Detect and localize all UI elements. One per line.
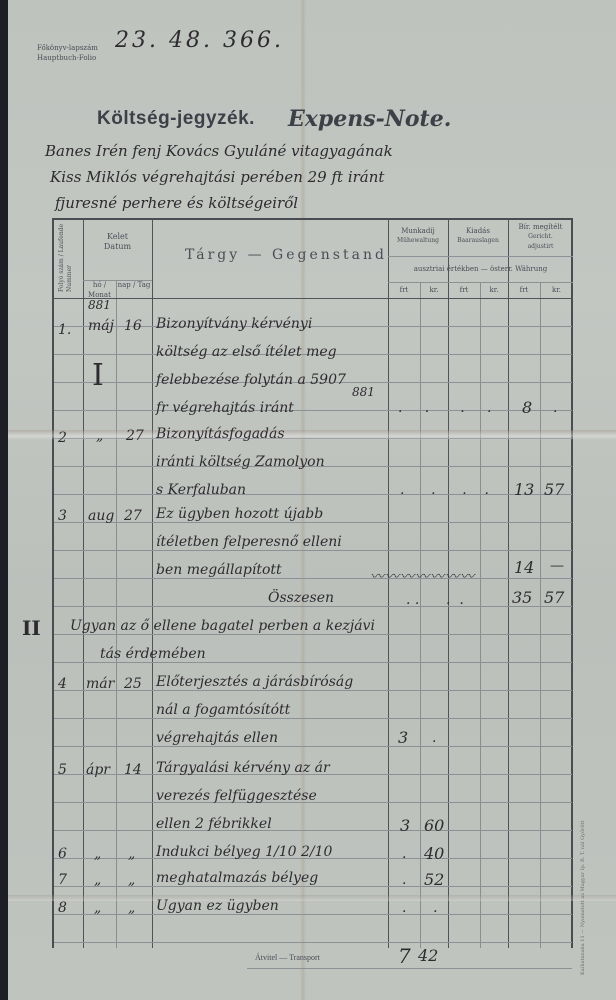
row-3-day: 27: [124, 508, 142, 524]
transport-frt: 7: [398, 944, 411, 968]
row-1-line-1: Bizonyítvány kérvényi: [156, 316, 312, 332]
ruled-line: [54, 494, 572, 495]
row-7-month: „: [94, 872, 101, 888]
row-1-court-frt: 8: [522, 398, 532, 417]
row-4-labor-frt: 3: [398, 728, 408, 747]
row-6-month: „: [94, 846, 101, 862]
col-header-frt: frt: [448, 285, 480, 295]
row-5-line-1: Tárgyalási kérvény az ár: [156, 760, 330, 776]
col-header-labor-hu: Munkadíj: [388, 226, 448, 236]
col-header-date-hu: Kelet: [83, 232, 152, 242]
dot-leader: . . . .: [406, 592, 464, 608]
row-1-line-2: költség az első ítélet meg: [156, 344, 337, 360]
row-2-court-kr: 57: [544, 480, 564, 499]
col-header-date: Kelet Datum: [83, 232, 152, 252]
row-7-day: „: [128, 872, 135, 888]
col-header-labor-de: Mühewaltung: [388, 236, 448, 246]
row-8-month: „: [94, 900, 101, 916]
row-3-court-kr: —: [550, 558, 564, 574]
col-divider: [152, 218, 153, 948]
col-divider: [116, 280, 117, 948]
row-1-line-4: fr végrehajtás iránt: [156, 400, 294, 416]
row-8-line-1: Ugyan ez ügyben: [156, 898, 279, 914]
col-header-expense-de: Baarauslagen: [448, 236, 508, 246]
row-4-month: már: [86, 676, 114, 692]
row-5-day: 14: [124, 762, 142, 778]
col-header-kr: kr.: [480, 285, 508, 295]
dot: .: [402, 846, 406, 862]
subtotal-court-frt: 35: [512, 588, 532, 607]
row-6-number: 6: [58, 846, 67, 862]
folio-label: Főkönyv-lapszám Hauptbuch-Folio: [37, 43, 98, 63]
ruled-line: [54, 578, 572, 579]
col-header-frt: frt: [388, 285, 420, 295]
transport-kr: 42: [418, 946, 438, 965]
ruled-line: [54, 662, 572, 663]
row-4-day: 25: [124, 676, 142, 692]
row-6-line-1: Indukci bélyeg 1/10 2/10: [156, 844, 332, 860]
ruled-line: [54, 606, 572, 607]
col-header-day: nap / Tag: [116, 280, 152, 290]
ruled-line: [54, 550, 572, 551]
row-4-line-2: nál a fogamtósítótt: [156, 702, 290, 718]
dot: . .: [402, 900, 438, 916]
header-divider: [388, 256, 573, 257]
row-2-number: 2: [58, 430, 67, 446]
dot-leader: . . . .: [400, 482, 489, 498]
row-7-number: 7: [58, 872, 67, 888]
row-3-line-2: ítéletben felperesnő elleni: [156, 534, 342, 550]
folio-value: 23. 48. 366.: [115, 28, 284, 53]
row-5-number: 5: [58, 762, 67, 778]
folio-label-de: Hauptbuch-Folio: [37, 53, 98, 63]
row-6-labor-kr: 40: [424, 844, 444, 863]
subtotal-court-kr: 57: [544, 588, 564, 607]
dot: .: [432, 730, 436, 746]
col-header-kr: kr.: [540, 285, 573, 295]
row-1-line-3: felebbezése folytán a 5907: [156, 372, 346, 388]
ruled-line: [54, 942, 572, 943]
row-1-number: 1.: [58, 322, 71, 338]
col-header-date-de: Datum: [83, 242, 152, 252]
section-2-line-2: tás érdemében: [100, 646, 206, 662]
row-4-number: 4: [58, 676, 67, 692]
col-header-expense-hu: Kiadás: [448, 226, 508, 236]
photo-edge: [0, 0, 8, 1000]
row-2-month: „: [96, 428, 103, 444]
row-2-court-frt: 13: [514, 480, 534, 499]
row-3-line-3: ben megállapított: [156, 562, 282, 578]
subtotal-label: Összesen: [268, 590, 334, 606]
col-header-court-de: Gericht. adjustirt: [521, 232, 561, 252]
description-line-3: fjuresné perhere és költségeiről: [55, 194, 298, 212]
dot-leader: . . . .: [398, 400, 491, 416]
col-header-currency: ausztriai értékben — österr. Währung: [388, 264, 573, 274]
section-2-line-1: Ugyan az ő ellene bagatel perben a kezjá…: [70, 618, 375, 634]
col-header-labor: Munkadíj Mühewaltung: [388, 226, 448, 246]
title-german: Expens-Note.: [288, 106, 451, 132]
row-8-day: „: [128, 900, 135, 916]
row-1-month: máj: [88, 318, 114, 334]
col-header-expense: Kiadás Baarauslagen: [448, 226, 508, 246]
row-3-month: aug: [88, 508, 114, 524]
row-1-section-mark: I: [92, 358, 104, 393]
row-8-number: 8: [58, 900, 67, 916]
row-4-line-3: végrehajtás ellen: [156, 730, 278, 746]
col-header-court: Bír. megítélt Gericht. adjustirt: [508, 222, 573, 252]
row-5-line-3: ellen 2 fébrikkel: [156, 816, 272, 832]
row-2-line-3: s Kerfaluban: [156, 482, 246, 498]
description-line-1: Banes Irén fenj Kovács Gyuláné vitagyagá…: [45, 142, 393, 160]
row-5-month: ápr: [86, 762, 110, 778]
col-header-row-number: Folyó szám / Laufende Nummer: [58, 222, 74, 292]
col-divider: [83, 218, 84, 948]
row-5-labor-frt: 3: [400, 816, 410, 835]
transport-rule: [247, 968, 572, 969]
ruled-line: [54, 718, 572, 719]
col-divider: [508, 218, 509, 948]
ruled-line: [54, 410, 572, 411]
col-header-subject: Tárgy — Gegenstand: [185, 247, 387, 263]
wavy-leader: 〰〰〰〰〰〰〰: [370, 566, 475, 586]
row-4-line-1: Előterjesztés a járásbíróság: [156, 674, 353, 690]
row-3-court-frt: 14: [514, 558, 534, 577]
section-2-mark: II: [22, 616, 41, 640]
header-divider: [388, 282, 573, 283]
dot: .: [553, 400, 557, 416]
col-header-kr: kr.: [420, 285, 448, 295]
ruled-line: [54, 746, 572, 747]
row-3-number: 3: [58, 508, 67, 524]
description-line-2: Kiss Miklós végrehajtási perében 29 ft i…: [50, 168, 384, 186]
transport-label: Átvitel — Transport: [255, 953, 320, 962]
ruled-line: [54, 634, 572, 635]
row-2-line-2: iránti költség Zamolyon: [156, 454, 325, 470]
ruled-line: [54, 830, 572, 831]
row-6-day: „: [128, 846, 135, 862]
title-hungarian: Költség-jegyzék.: [97, 108, 255, 130]
col-header-court-hu: Bír. megítélt: [508, 222, 573, 232]
row-3-line-1: Ez ügyben hozott újabb: [156, 506, 323, 522]
col-header-frt: frt: [508, 285, 540, 295]
header-bottom-rule: [52, 298, 573, 299]
row-1-day: 16: [124, 318, 142, 334]
row-7-line-1: meghatalmazás bélyeg: [156, 870, 318, 886]
folio-label-hu: Főkönyv-lapszám: [37, 43, 98, 53]
row-5-line-2: verezés felfüggesztése: [156, 788, 317, 804]
dot: .: [402, 872, 406, 888]
row-7-labor-kr: 52: [424, 870, 444, 889]
row-1-year: 881: [88, 298, 111, 312]
row-1-side-note: 881: [352, 385, 375, 399]
row-2-day: 27: [126, 428, 144, 444]
col-header-month: hó / Monat: [83, 280, 116, 300]
printer-imprint: Kaihatanaka 11 — Nyomatott az Magyar Ip.…: [580, 821, 586, 975]
row-5-labor-kr: 60: [424, 816, 444, 835]
row-2-line-1: Bizonyításfogadás: [156, 426, 285, 442]
